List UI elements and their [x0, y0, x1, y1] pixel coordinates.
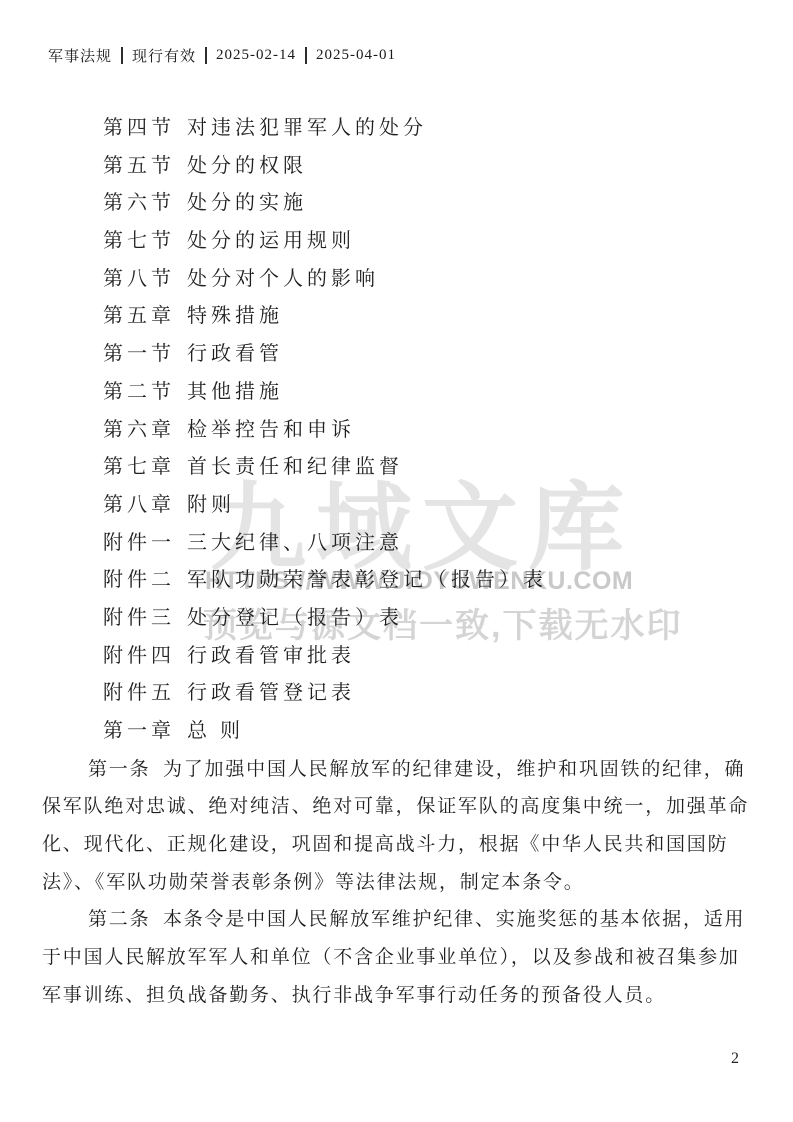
- page-number: 2: [731, 1050, 739, 1068]
- toc-item-label: 附件三: [103, 607, 175, 629]
- toc-item: 附件二军队功勋荣誉表彰登记（报告）表: [42, 562, 751, 600]
- toc-item: 第五节处分的权限: [42, 148, 751, 186]
- article-1-paragraph: 第一条 为了加强中国人民解放军的纪律建设，维护和巩固铁的纪律，确 保军队绝对忠诚…: [42, 751, 751, 902]
- toc-item: 附件五行政看管登记表: [42, 675, 751, 713]
- toc-item-title: 处分的权限: [187, 155, 307, 177]
- toc-item: 第二节其他措施: [42, 374, 751, 412]
- doc-publish-date: 2025-02-14: [216, 47, 296, 64]
- toc-item-label: 附件四: [103, 645, 175, 667]
- toc-item-title: 处分的实施: [187, 192, 307, 214]
- document-content: 第四节对违法犯罪军人的处分 第五节处分的权限 第六节处分的实施 第七节处分的运用…: [42, 110, 751, 1015]
- toc-item-title: 首长责任和纪律监督: [187, 456, 403, 478]
- toc-item-label: 第五章: [103, 305, 175, 327]
- toc-item-label: 第七章: [103, 456, 175, 478]
- toc-item-title: 行政看管审批表: [187, 645, 355, 667]
- paragraph-line: 保军队绝对忠诚、绝对纯洁、绝对可靠，保证军队的高度集中统一，加强革命: [42, 788, 751, 826]
- doc-category-label: 军事法规: [48, 45, 112, 66]
- toc-item-title: 处分登记（报告）表: [187, 607, 403, 629]
- toc-item-title: 军队功勋荣誉表彰登记（报告）表: [187, 569, 547, 591]
- toc-item-label: 第六节: [103, 192, 175, 214]
- header-separator: [121, 47, 123, 64]
- toc-item: 第一章总 则: [42, 713, 751, 751]
- toc-item: 附件一三大纪律、八项注意: [42, 525, 751, 563]
- toc-item: 第六章检举控告和申诉: [42, 412, 751, 450]
- doc-status-label: 现行有效: [132, 45, 196, 66]
- toc-item-label: 第四节: [103, 117, 175, 139]
- toc-item-title: 附则: [187, 494, 235, 516]
- toc-item: 第八节处分对个人的影响: [42, 261, 751, 299]
- toc-item: 第五章特殊措施: [42, 298, 751, 336]
- toc-item: 附件四行政看管审批表: [42, 638, 751, 676]
- toc-item-label: 第一节: [103, 343, 175, 365]
- toc-item-label: 第二节: [103, 381, 175, 403]
- toc-item: 第四节对违法犯罪军人的处分: [42, 110, 751, 148]
- toc-item-title: 特殊措施: [187, 305, 283, 327]
- toc-item: 第七节处分的运用规则: [42, 223, 751, 261]
- paragraph-line: 于中国人民解放军军人和单位（不含企业事业单位），以及参战和被召集参加: [42, 939, 751, 977]
- toc-item-label: 第八章: [103, 494, 175, 516]
- toc-item-label: 第六章: [103, 419, 175, 441]
- toc-item-label: 附件五: [103, 682, 175, 704]
- toc-item: 第一节行政看管: [42, 336, 751, 374]
- paragraph-line: 第二条 本条令是中国人民解放军维护纪律、实施奖惩的基本依据，适用: [42, 901, 751, 939]
- document-page: 九域文库 HTTPS://WWW.JIOYUWENKU.COM 预览与源文档一致…: [0, 0, 793, 1122]
- toc-item: 第八章附则: [42, 487, 751, 525]
- toc-item-title: 检举控告和申诉: [187, 419, 355, 441]
- toc-item-label: 附件二: [103, 569, 175, 591]
- doc-effective-date: 2025-04-01: [316, 47, 396, 64]
- toc-item: 附件三处分登记（报告）表: [42, 600, 751, 638]
- toc-item: 第七章首长责任和纪律监督: [42, 449, 751, 487]
- toc-item-label: 第一章: [103, 720, 175, 742]
- paragraph-line: 军事训练、担负战备勤务、执行非战争军事行动任务的预备役人员。: [42, 977, 751, 1015]
- toc-item-label: 第五节: [103, 155, 175, 177]
- toc-item-title: 处分对个人的影响: [187, 268, 379, 290]
- toc-item-label: 第七节: [103, 230, 175, 252]
- toc-item-title: 行政看管登记表: [187, 682, 355, 704]
- toc-item: 第六节处分的实施: [42, 185, 751, 223]
- toc-item-title: 行政看管: [187, 343, 283, 365]
- toc-item-label: 第八节: [103, 268, 175, 290]
- document-header: 军事法规 现行有效 2025-02-14 2025-04-01: [48, 45, 396, 66]
- toc-item-title: 处分的运用规则: [187, 230, 355, 252]
- header-separator: [205, 47, 207, 64]
- toc-item-title: 对违法犯罪军人的处分: [187, 117, 427, 139]
- paragraph-line: 第一条 为了加强中国人民解放军的纪律建设，维护和巩固铁的纪律，确: [42, 751, 751, 789]
- paragraph-line: 法》、《军队功勋荣誉表彰条例》等法律法规，制定本条令。: [42, 864, 751, 902]
- toc-item-title: 其他措施: [187, 381, 283, 403]
- toc-item-label: 附件一: [103, 532, 175, 554]
- toc-item-title: 三大纪律、八项注意: [187, 532, 403, 554]
- paragraph-line: 化、现代化、正规化建设，巩固和提高战斗力，根据《中华人民共和国国防: [42, 826, 751, 864]
- article-2-paragraph: 第二条 本条令是中国人民解放军维护纪律、实施奖惩的基本依据，适用 于中国人民解放…: [42, 901, 751, 1014]
- header-separator: [305, 47, 307, 64]
- toc-item-title: 总 则: [187, 720, 244, 742]
